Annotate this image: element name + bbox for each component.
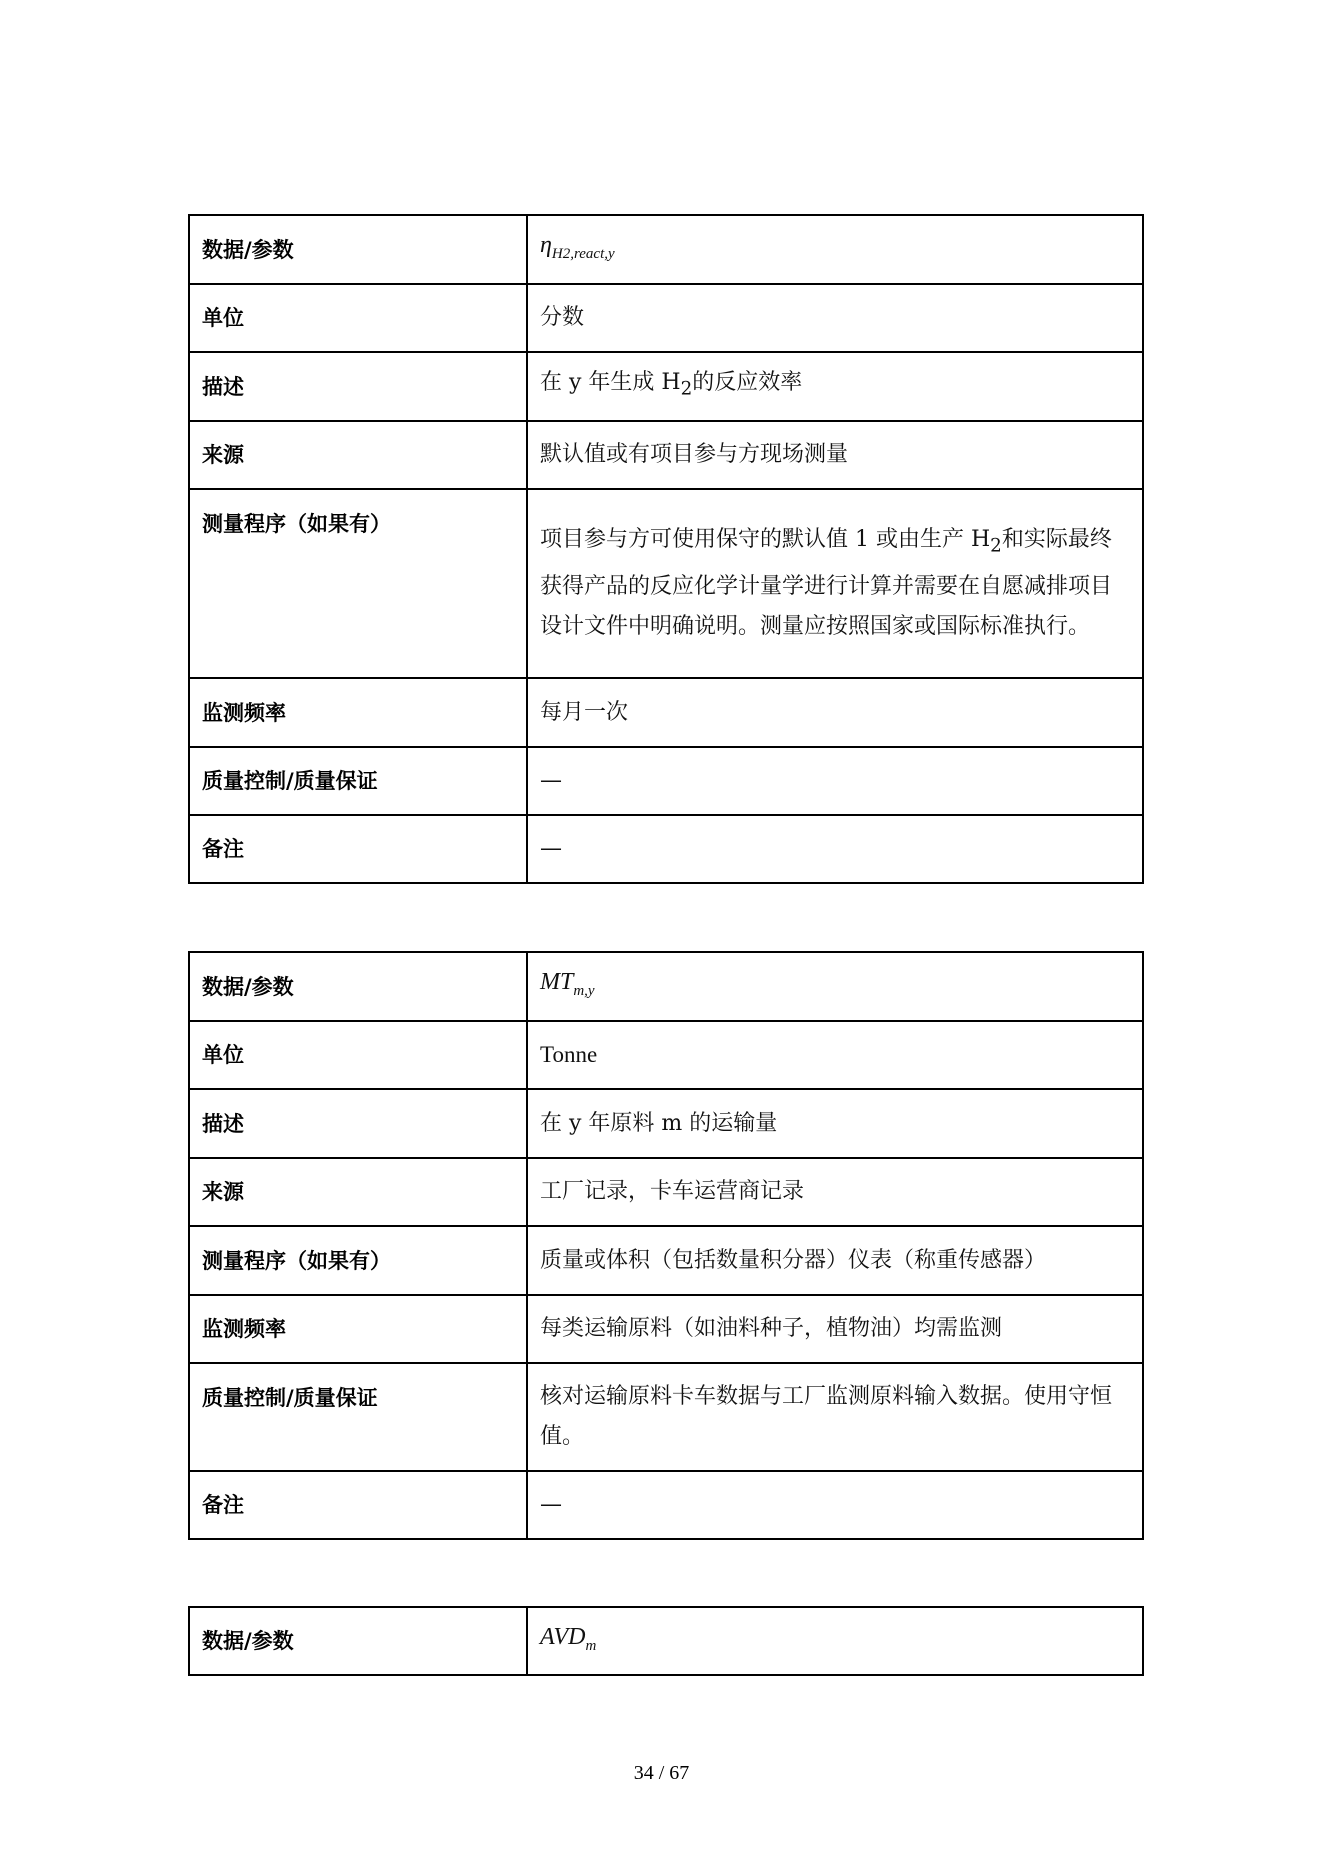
row-value: Tonne <box>527 1021 1143 1089</box>
row-label: 描述 <box>189 1089 527 1158</box>
table-row: 测量程序（如果有） 项目参与方可使用保守的默认值 1 或由生产 H2和实际最终获… <box>189 489 1143 678</box>
table-row: 数据/参数 MTm,y <box>189 952 1143 1021</box>
row-value: 每月一次 <box>527 678 1143 747</box>
row-value: 核对运输原料卡车数据与工厂监测原料输入数据。使用守恒值。 <box>527 1363 1143 1471</box>
row-label: 描述 <box>189 352 527 421</box>
row-label: 监测频率 <box>189 1295 527 1363</box>
table-row: 描述 在 y 年原料 m 的运输量 <box>189 1089 1143 1158</box>
row-label: 测量程序（如果有） <box>189 489 527 678</box>
parameter-symbol: ηH2,react,y <box>527 215 1143 284</box>
row-label: 数据/参数 <box>189 215 527 284</box>
row-value: — <box>527 747 1143 815</box>
table-row: 来源 默认值或有项目参与方现场测量 <box>189 421 1143 489</box>
row-label: 质量控制/质量保证 <box>189 1363 527 1471</box>
row-label: 单位 <box>189 1021 527 1089</box>
row-label: 监测频率 <box>189 678 527 747</box>
row-value: 质量或体积（包括数量积分器）仪表（称重传感器） <box>527 1226 1143 1295</box>
table-row: 监测频率 每月一次 <box>189 678 1143 747</box>
table-row: 数据/参数 AVDm <box>189 1607 1143 1675</box>
row-label: 来源 <box>189 421 527 489</box>
table-row: 单位 Tonne <box>189 1021 1143 1089</box>
row-label: 备注 <box>189 1471 527 1539</box>
row-value: 默认值或有项目参与方现场测量 <box>527 421 1143 489</box>
row-label: 测量程序（如果有） <box>189 1226 527 1295</box>
table-row: 质量控制/质量保证 核对运输原料卡车数据与工厂监测原料输入数据。使用守恒值。 <box>189 1363 1143 1471</box>
row-value: 在 y 年原料 m 的运输量 <box>527 1089 1143 1158</box>
row-value: — <box>527 815 1143 883</box>
table-row: 监测频率 每类运输原料（如油料种子，植物油）均需监测 <box>189 1295 1143 1363</box>
table-row: 来源 工厂记录，卡车运营商记录 <box>189 1158 1143 1226</box>
parameter-symbol: MTm,y <box>527 952 1143 1021</box>
row-label: 质量控制/质量保证 <box>189 747 527 815</box>
table-row: 数据/参数 ηH2,react,y <box>189 215 1143 284</box>
table-row: 单位 分数 <box>189 284 1143 352</box>
table-row: 测量程序（如果有） 质量或体积（包括数量积分器）仪表（称重传感器） <box>189 1226 1143 1295</box>
row-value: 每类运输原料（如油料种子，植物油）均需监测 <box>527 1295 1143 1363</box>
row-label: 数据/参数 <box>189 1607 527 1675</box>
table-row: 备注 — <box>189 815 1143 883</box>
row-label: 来源 <box>189 1158 527 1226</box>
table-row: 备注 — <box>189 1471 1143 1539</box>
row-value: — <box>527 1471 1143 1539</box>
row-label: 单位 <box>189 284 527 352</box>
row-label: 数据/参数 <box>189 952 527 1021</box>
table-row: 描述 在 y 年生成 H2的反应效率 <box>189 352 1143 421</box>
parameter-table-eta-h2-react: 数据/参数 ηH2,react,y 单位 分数 描述 在 y 年生成 H2的反应… <box>188 214 1144 884</box>
row-value: 分数 <box>527 284 1143 352</box>
row-value: 在 y 年生成 H2的反应效率 <box>527 352 1143 421</box>
parameter-table-avd-m: 数据/参数 AVDm <box>188 1606 1144 1676</box>
row-value: 工厂记录，卡车运营商记录 <box>527 1158 1143 1226</box>
parameter-symbol: AVDm <box>527 1607 1143 1675</box>
page-number: 34 / 67 <box>0 1762 1323 1785</box>
row-label: 备注 <box>189 815 527 883</box>
row-value: 项目参与方可使用保守的默认值 1 或由生产 H2和实际最终获得产品的反应化学计量… <box>527 489 1143 678</box>
table-row: 质量控制/质量保证 — <box>189 747 1143 815</box>
parameter-table-mt-m-y: 数据/参数 MTm,y 单位 Tonne 描述 在 y 年原料 m 的运输量 来… <box>188 951 1144 1540</box>
